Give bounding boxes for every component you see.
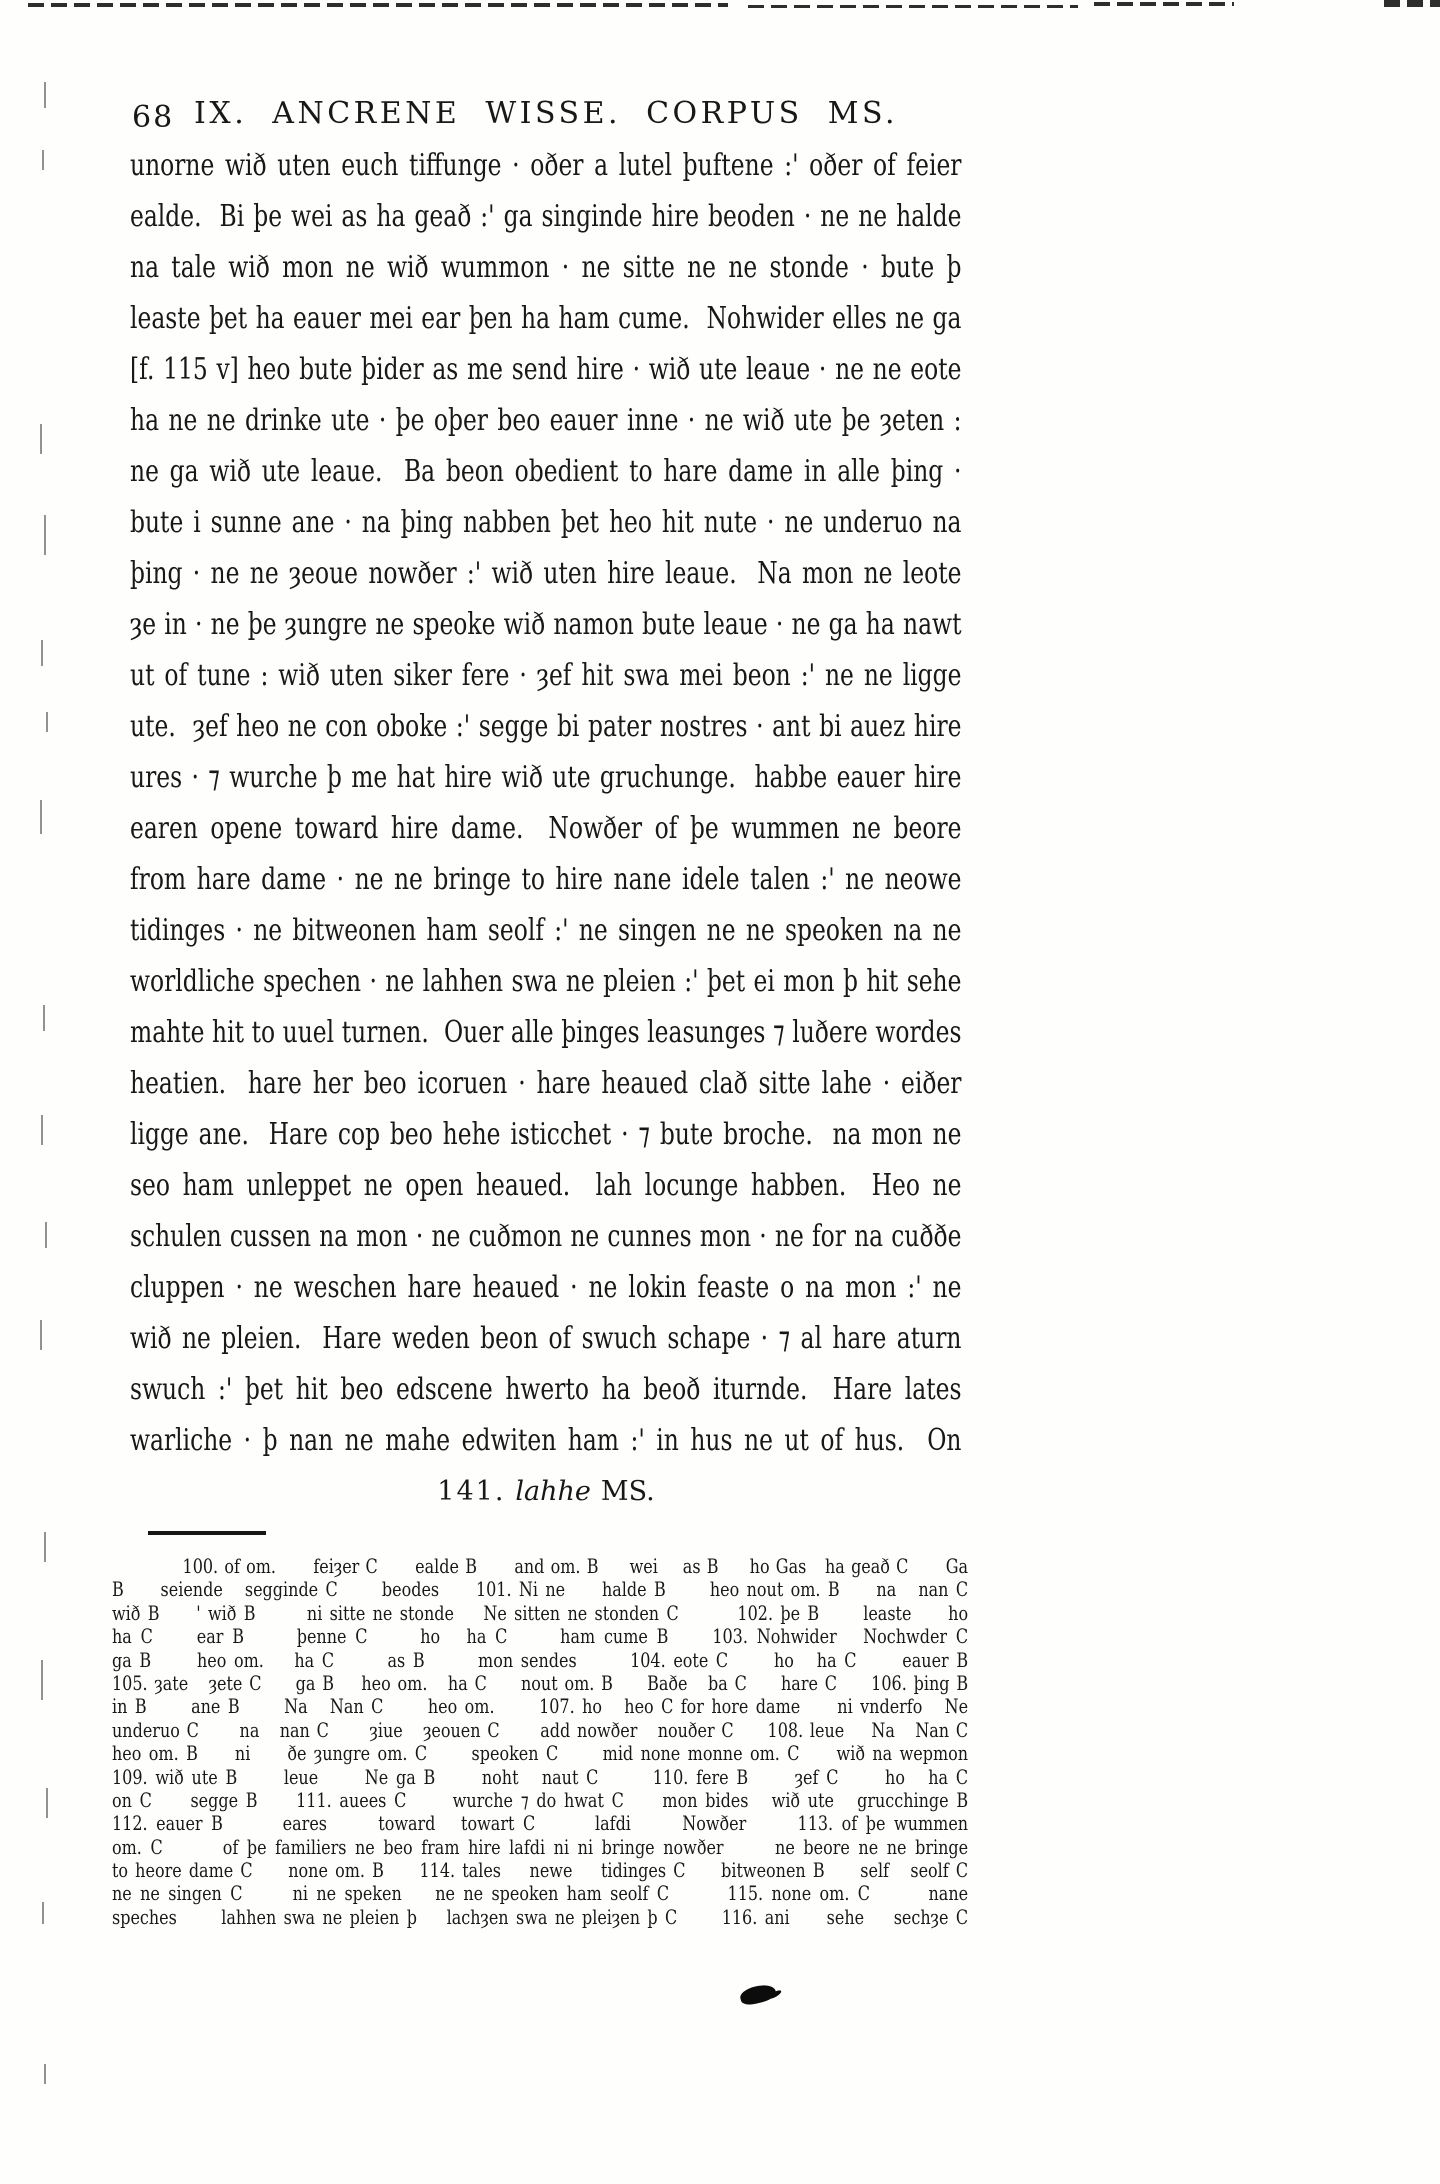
- text-line: ut of tune : wið uten siker fere · ȝef h…: [130, 650, 961, 701]
- text-line: 135ures · ⁊ wurche þ me hat hire wið ute…: [130, 752, 961, 803]
- scan-speck: [42, 1902, 44, 1924]
- text-line: heatien. hare her beo icoruen · hare hea…: [130, 1058, 961, 1109]
- line-text: in B ane B Na Nan C heo om. 107. ho heo …: [112, 1695, 968, 1718]
- apparatus-line: heo om. B ni ðe ȝungre om. C speoken C m…: [112, 1742, 968, 1765]
- scanned-book-page: 68 IX. ANCRENE WISSE. CORPUS MS. unorne …: [0, 0, 1440, 2184]
- line-text: þing · ne ne ȝeoue nowðer :' wið uten hi…: [130, 556, 961, 591]
- apparatus-line: ga B heo om. ha C as B mon sendes 104. e…: [112, 1649, 968, 1672]
- text-line: ha ne ne drinke ute · þe oþer beo eauer …: [130, 395, 961, 446]
- line-text: 105. ȝate ȝete C ga B heo om. ha C nout …: [112, 1672, 968, 1695]
- text-line: warliche · þ nan ne mahe edwiten ham :' …: [130, 1415, 961, 1466]
- page-number: 68: [132, 100, 174, 135]
- scan-speck: [41, 1660, 43, 1700]
- line-text: cluppen · ne weschen hare heaued · ne lo…: [130, 1270, 961, 1313]
- line-text: warliche · þ nan ne mahe edwiten ham :' …: [130, 1423, 961, 1458]
- line-text: ga B heo om. ha C as B mon sendes 104. e…: [112, 1649, 968, 1672]
- scan-speck: [44, 515, 46, 555]
- apparatus-line: underuo C na nan C ȝiue ȝeouen C add now…: [112, 1719, 968, 1742]
- line-text: ures · ⁊ wurche þ me hat hire wið ute gr…: [130, 760, 961, 795]
- line-text: worldliche spechen · ne lahhen swa ne pl…: [130, 964, 961, 1007]
- text-line: ne ga wið ute leaue. Ba beon obedient to…: [130, 446, 961, 497]
- scan-speck: [41, 640, 43, 666]
- line-text: ha C ear B þenne C ho ha C ham cume B 10…: [112, 1625, 968, 1648]
- text-line: schulen cussen na mon · ne cuðmon ne cun…: [130, 1211, 961, 1262]
- line-text: from hare dame · ne ne bringe to hire na…: [130, 862, 961, 897]
- scan-speck: [46, 712, 48, 732]
- scan-artifact-top-dash: [748, 5, 1078, 8]
- apparatus-line: 109. wið ute B leue Ne ga B noht naut C …: [112, 1766, 968, 1789]
- line-text: seo ham unleppet ne open heaued. lah loc…: [130, 1168, 961, 1203]
- line-text: unorne wið uten euch tiffunge · oðer a l…: [130, 148, 961, 183]
- line-text: ha ne ne drinke ute · þe oþer beo eauer …: [130, 403, 961, 438]
- line-text: earen opene toward hire dame. Nowðer of …: [130, 811, 961, 846]
- page-header: 68 IX. ANCRENE WISSE. CORPUS MS.: [130, 96, 962, 140]
- text-line: ute. ȝef heo ne con oboke :' segge bi pa…: [130, 701, 961, 752]
- line-text: heo om. B ni ðe ȝungre om. C speoken C m…: [112, 1742, 968, 1765]
- apparatus-line: in B ane B Na Nan C heo om. 107. ho heo …: [112, 1695, 968, 1718]
- text-line: tidinges · ne bitweonen ham seolf :' ne …: [130, 905, 961, 956]
- line-text: underuo C na nan C ȝiue ȝeouen C add now…: [112, 1719, 968, 1742]
- line-text: ȝe in · ne þe ȝungre ne speoke wið namon…: [130, 607, 961, 642]
- line-text: ligge ane. Hare cop beo hehe isticchet ·…: [130, 1117, 961, 1152]
- text-line: 140mahte hit to uuel turnen. Ouer alle þ…: [130, 1007, 961, 1058]
- line-text: B seiende segginde C beodes 101. Ni ne h…: [112, 1578, 968, 1601]
- footnote-source: MS.: [596, 1476, 660, 1507]
- line-text: heatien. hare her beo icoruen · hare hea…: [130, 1066, 961, 1101]
- text-line: wið ne pleien. Hare weden beon of swuch …: [130, 1313, 961, 1364]
- apparatus-rule: [148, 1531, 266, 1535]
- text-line: from hare dame · ne ne bringe to hire na…: [130, 854, 961, 905]
- text-line: 130bute i sunne ane · na þing nabben þet…: [130, 497, 961, 548]
- scan-artifact-top-dash: [28, 3, 728, 7]
- scan-speck: [40, 800, 42, 834]
- line-text: tidinges · ne bitweonen ham seolf :' ne …: [130, 913, 961, 948]
- apparatus-line: 105. ȝate ȝete C ga B heo om. ha C nout …: [112, 1672, 968, 1695]
- scan-speck: [46, 1788, 48, 1818]
- apparatus-line: om. C of þe familiers ne beo fram hire l…: [112, 1836, 968, 1859]
- footnote-lemma: lahhe: [510, 1476, 596, 1507]
- scan-speck: [43, 1005, 45, 1031]
- scan-speck: [40, 1320, 42, 1350]
- apparatus-line: wið B ' wið B ni sitte ne stonde Ne sitt…: [112, 1602, 968, 1625]
- line-text: 112. eauer B eares toward towart C lafdi…: [112, 1812, 968, 1835]
- line-text: ut of tune : wið uten siker fere · ȝef h…: [130, 658, 961, 693]
- line-text: ealde. Bi þe wei as ha geað :' ga singin…: [130, 199, 961, 234]
- scan-speck: [44, 82, 46, 108]
- text-line: ealde. Bi þe wei as ha geað :' ga singin…: [130, 191, 961, 242]
- line-text: wið B ' wið B ni sitte ne stonde Ne sitt…: [112, 1602, 968, 1625]
- text-line: leaste þet ha eauer mei ear þen ha ham c…: [130, 293, 961, 344]
- text-line: ȝe in · ne þe ȝungre ne speoke wið namon…: [130, 599, 961, 650]
- line-text: schulen cussen na mon · ne cuðmon ne cun…: [130, 1219, 961, 1254]
- text-line: ligge ane. Hare cop beo hehe isticchet ·…: [130, 1109, 961, 1160]
- apparatus-line: B seiende segginde C beodes 101. Ni ne h…: [112, 1578, 968, 1601]
- apparatus-line: 100. of om. feiȝer C ealde B and om. B w…: [112, 1555, 968, 1578]
- line-text: mahte hit to uuel turnen. Ouer alle þing…: [130, 1015, 961, 1050]
- scan-speck: [42, 150, 44, 170]
- footnote-ref: 141.: [432, 1476, 510, 1507]
- apparatus-line: 112. eauer B eares toward towart C lafdi…: [112, 1812, 968, 1835]
- scan-speck: [41, 1115, 43, 1145]
- apparatus-line: ha C ear B þenne C ho ha C ham cume B 10…: [112, 1625, 968, 1648]
- text-line: earen opene toward hire dame. Nowðer of …: [130, 803, 961, 854]
- text-line: seo ham unleppet ne open heaued. lah loc…: [130, 1160, 961, 1211]
- line-text: 109. wið ute B leue Ne ga B noht naut C …: [112, 1766, 968, 1789]
- running-title: IX. ANCRENE WISSE. CORPUS MS.: [130, 96, 962, 131]
- critical-apparatus: 100. of om. feiȝer C ealde B and om. B w…: [112, 1555, 968, 1929]
- line-text: leaste þet ha eauer mei ear þen ha ham c…: [130, 301, 961, 336]
- line-text: on C segge B 111. auees C wurche ⁊ do hw…: [112, 1789, 968, 1812]
- scan-speck: [44, 2064, 46, 2084]
- line-text: ute. ȝef heo ne con oboke :' segge bi pa…: [130, 709, 961, 744]
- apparatus-line: to heore dame C none om. B 114. tales ne…: [112, 1859, 968, 1882]
- line-text: [f. 115 v] heo bute þider as me send hir…: [130, 352, 961, 387]
- line-text: om. C of þe familiers ne beo fram hire l…: [112, 1836, 968, 1859]
- scan-speck: [44, 1532, 46, 1562]
- line-text: wið ne pleien. Hare weden beon of swuch …: [130, 1321, 961, 1356]
- apparatus-line: speches lahhen swa ne pleien þ lachȝen s…: [112, 1906, 968, 1929]
- line-text: ne ne singen C ni ne speken ne ne speoke…: [112, 1882, 968, 1905]
- footnote-line: 141.lahheMS.: [130, 1476, 962, 1507]
- text-line: unorne wið uten euch tiffunge · oðer a l…: [130, 140, 961, 191]
- line-text: bute i sunne ane · na þing nabben þet he…: [130, 505, 961, 540]
- scan-speck: [45, 1222, 47, 1248]
- scan-speck: [40, 424, 42, 454]
- line-text: na tale wið mon ne wið wummon · ne sitte…: [130, 250, 961, 285]
- apparatus-line: ne ne singen C ni ne speken ne ne speoke…: [112, 1882, 968, 1905]
- line-text: speches lahhen swa ne pleien þ lachȝen s…: [112, 1906, 968, 1929]
- scan-artifact-top-dash: [1094, 2, 1234, 6]
- apparatus-line: on C segge B 111. auees C wurche ⁊ do hw…: [112, 1789, 968, 1812]
- text-line: 145cluppen · ne weschen hare heaued · ne…: [130, 1262, 961, 1313]
- scan-artifact-top-dash: [1384, 0, 1440, 7]
- text-line: worldliche spechen · ne lahhen swa ne pl…: [130, 956, 961, 1007]
- line-text: 100. of om. feiȝer C ealde B and om. B w…: [183, 1555, 969, 1578]
- text-line: [f. 115 v] heo bute þider as me send hir…: [130, 344, 961, 395]
- text-line: þing · ne ne ȝeoue nowðer :' wið uten hi…: [130, 548, 961, 599]
- body-text: unorne wið uten euch tiffunge · oðer a l…: [130, 140, 962, 1466]
- text-line: 125na tale wið mon ne wið wummon · ne si…: [130, 242, 961, 293]
- line-text: ne ga wið ute leaue. Ba beon obedient to…: [130, 454, 961, 489]
- line-text: to heore dame C none om. B 114. tales ne…: [112, 1859, 968, 1882]
- text-line: swuch :' þet hit beo edscene hwerto ha b…: [130, 1364, 961, 1415]
- line-text: swuch :' þet hit beo edscene hwerto ha b…: [130, 1372, 961, 1415]
